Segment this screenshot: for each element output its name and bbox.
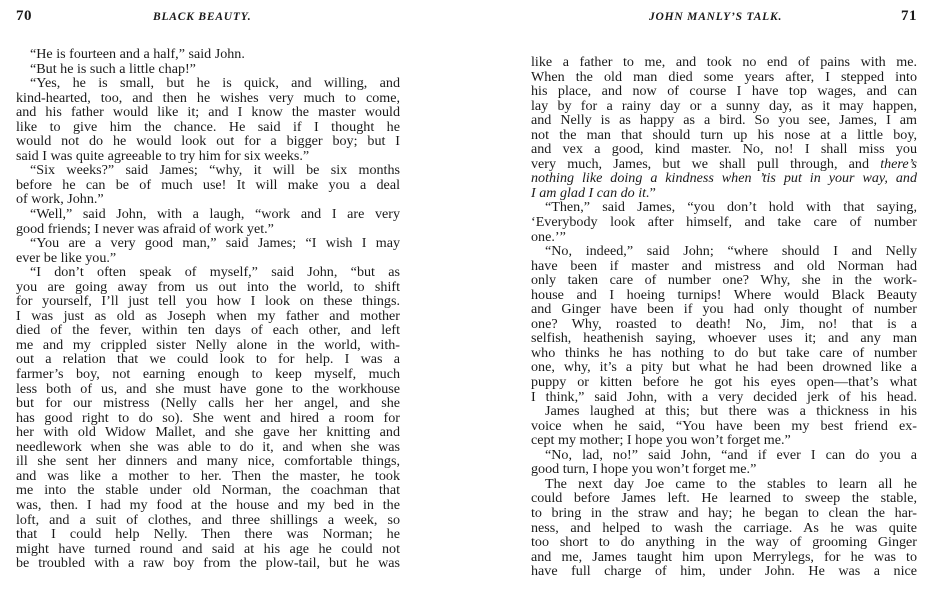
text-line: not the man that should turn up his nose… <box>531 128 917 143</box>
text-line: for yourself, I’ll just tell you how I l… <box>16 294 400 309</box>
text-line: and vex a good, kind master. No, no! I s… <box>531 142 917 157</box>
text-line: selfish, heathenish saying, whoever uses… <box>531 331 917 346</box>
text-line: very much, James, but we shall pull thro… <box>531 157 917 172</box>
text-span: be troubled with a raw boy from the plow… <box>16 555 400 571</box>
text-line: “Well,” said John, with a laugh, “work a… <box>16 207 400 222</box>
text-line: ‘Everybody look after himself, and take … <box>531 215 917 230</box>
text-line: one? Why, roasted to death! No, Jim, no!… <box>531 317 917 332</box>
text-line: like to give him the chance. He said if … <box>16 120 400 135</box>
body-text: like a father to me, and took no end of … <box>531 55 917 579</box>
text-line: When the old man died some years after, … <box>531 70 917 85</box>
text-line: needlework when she was able to do it, a… <box>16 440 400 455</box>
text-line: “You are a very good man,” said James; “… <box>16 236 400 251</box>
text-line: his place, and now of course I have top … <box>531 84 917 99</box>
text-line: ever be like you.” <box>16 251 400 266</box>
text-line: and his father would like it; and I know… <box>16 105 400 120</box>
text-line: was, then. I had my food at the house an… <box>16 498 400 513</box>
text-line: “No, indeed,” said John; “where should I… <box>531 244 917 259</box>
text-line: loft, and a suit of clothes, and three s… <box>16 513 400 528</box>
text-line: “Yes, he is small, but he is quick, and … <box>16 76 400 91</box>
text-line: “No, lad, no!” said John, “and if ever I… <box>531 448 917 463</box>
text-line: you are going away from us out into the … <box>16 280 400 295</box>
text-line: have been if master and mistress and old… <box>531 259 917 274</box>
text-line: farmer’s boy, not earning enough to keep… <box>16 367 400 382</box>
text-line: be troubled with a raw boy from the plow… <box>16 556 400 571</box>
text-span: have full charge of him, under John. He … <box>531 563 917 579</box>
right-page: JOHN MANLY’S TALK. 71 like a father to m… <box>465 0 930 595</box>
text-line: and Nelly is as happy as a bird. So you … <box>531 113 917 128</box>
text-line: ness, and helped to wash the carriage. A… <box>531 521 917 536</box>
text-line: only taken care of number one? Why, she … <box>531 273 917 288</box>
text-line: and me, James taught him upon Merrylegs,… <box>531 550 917 565</box>
text-line: to bring in the straw and hay; he began … <box>531 506 917 521</box>
page-header: JOHN MANLY’S TALK. 71 <box>531 8 917 30</box>
running-head: JOHN MANLY’S TALK. <box>649 11 782 23</box>
text-line: “Then,” said James, “you don’t hold with… <box>531 200 917 215</box>
text-line: ill she sent her dinners and many nice, … <box>16 454 400 469</box>
text-line: before he can be of much use! It will ma… <box>16 178 400 193</box>
text-line: I think,” said John, with a very decided… <box>531 390 917 405</box>
text-line: said I was quite agreeable to try him fo… <box>16 149 400 164</box>
text-line: like a father to me, and took no end of … <box>531 55 917 70</box>
text-line: but for our mistress (Nelly calls her he… <box>16 396 400 411</box>
text-line: would not do he would look out for a big… <box>16 134 400 149</box>
text-line: “But he is such a little chap!” <box>16 62 400 77</box>
text-line: “Six weeks?” said James; “why, it will b… <box>16 163 400 178</box>
body-text: “He is fourteen and a half,” said John.“… <box>16 47 400 571</box>
text-line: that I could help Nelly. Then there was … <box>16 527 400 542</box>
text-line: kind-hearted, too, and then he wishes ve… <box>16 91 400 106</box>
text-line: have full charge of him, under John. He … <box>531 564 917 579</box>
text-line: “I don’t often speak of myself,” said Jo… <box>16 265 400 280</box>
text-line: “He is fourteen and a half,” said John. <box>16 47 400 62</box>
text-line: I am glad I can do it.” <box>531 186 917 201</box>
text-line: her with old Widow Mallet, and she gave … <box>16 425 400 440</box>
text-line: nothing like doing a kindness when ’tis … <box>531 171 917 186</box>
text-line: voice when he said, “You have been my be… <box>531 419 917 434</box>
text-line: me and my crippled sister Nelly alone in… <box>16 338 400 353</box>
text-line: I was just as old as Joseph when my fath… <box>16 309 400 324</box>
text-line: less both of us, and she must have gone … <box>16 382 400 397</box>
page-header: 70 BLACK BEAUTY. <box>16 8 400 30</box>
text-line: could before James left. He learned to s… <box>531 491 917 506</box>
text-line: lay by for a rainy day or a sunny day, a… <box>531 99 917 114</box>
text-span: ‘Everybody look after himself, and take … <box>531 214 917 230</box>
left-page: 70 BLACK BEAUTY. “He is fourteen and a h… <box>0 0 465 595</box>
text-line: The next day Joe came to the stables to … <box>531 477 917 492</box>
text-line: too short to do anything in the way of g… <box>531 535 917 550</box>
text-line: good friends; I never was afraid of work… <box>16 222 400 237</box>
text-line: has good right to do so). She went and h… <box>16 411 400 426</box>
text-line: puppy or kitten before he got his eyes o… <box>531 375 917 390</box>
text-line: one, why, it’s a pity but what he had be… <box>531 360 917 375</box>
text-line: and was like a mother to her. Then the m… <box>16 469 400 484</box>
page-number: 70 <box>16 8 32 25</box>
text-line: James laughed at this; but there was a t… <box>531 404 917 419</box>
text-line: cept my mother; I hope you won’t forget … <box>531 433 917 448</box>
text-line: who thinks he has nothing to do but take… <box>531 346 917 361</box>
text-line: me into the stable under old Norman, the… <box>16 483 400 498</box>
text-line: died of the fever, within ten days of ea… <box>16 323 400 338</box>
text-line: good turn, I hope you won’t forget me.” <box>531 462 917 477</box>
text-line: one.’” <box>531 230 917 245</box>
text-line: house and I hoeing turnips! Where would … <box>531 288 917 303</box>
running-head: BLACK BEAUTY. <box>153 11 251 23</box>
text-line: and Ginger have been if you had only tho… <box>531 302 917 317</box>
text-line: out a relation that we could look to for… <box>16 352 400 367</box>
page-number: 71 <box>901 8 917 25</box>
text-line: of work, John.” <box>16 192 400 207</box>
text-line: might have turned round and said at his … <box>16 542 400 557</box>
